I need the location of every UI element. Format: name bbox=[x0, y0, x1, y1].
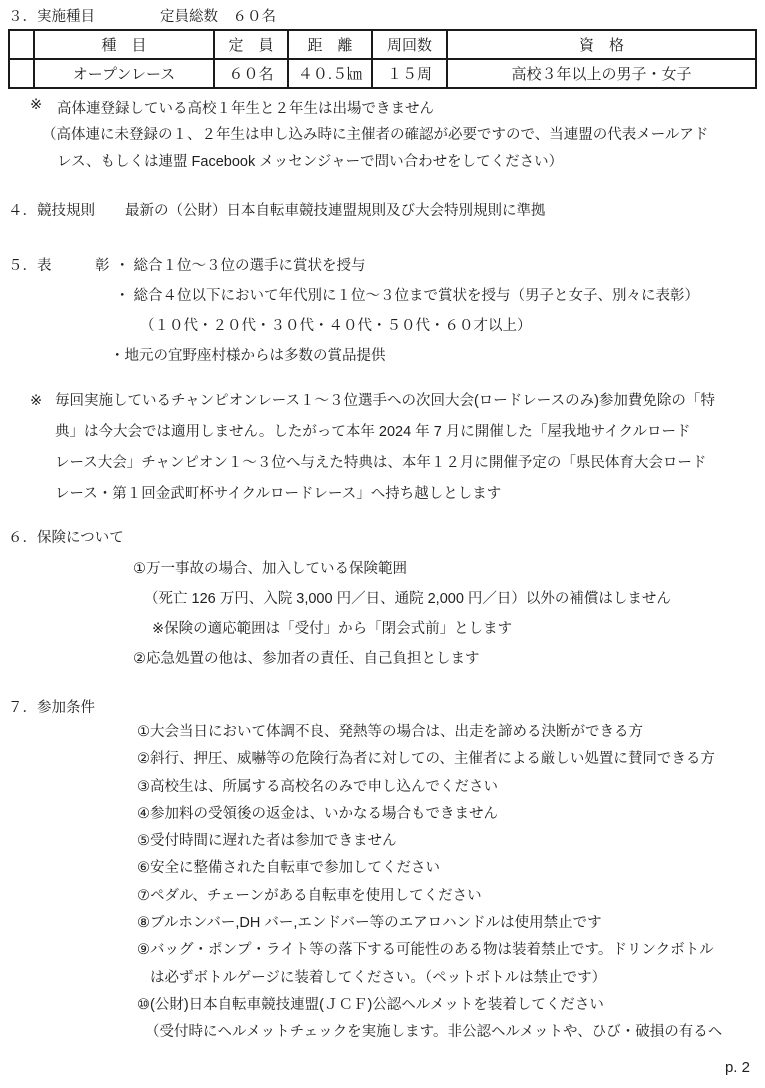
table-header-capacity: 定 員 bbox=[214, 30, 288, 59]
list-item: ・ 総合１位～３位の選手に賞状を授与 bbox=[110, 254, 757, 284]
list-item: ②応急処置の他は、参加者の責任、自己負担とします bbox=[8, 647, 757, 677]
section3-note-paren-line1: （高体連に未登録の１、２年生は申し込み時に主催者の確認が必要ですので、当連盟の代… bbox=[8, 123, 757, 143]
list-item: ⑧ブルホンバー,DH バー,エンドバー等のエアロハンドルは使用禁止です bbox=[8, 911, 757, 938]
section5-row: ５．表 彰 ・ 総合１位～３位の選手に賞状を授与 ・ 総合４位以下において年代別… bbox=[8, 254, 757, 374]
page-number: p. 2 bbox=[725, 1059, 750, 1076]
list-item: ④参加料の受領後の返金は、いかなる場合もできません bbox=[8, 802, 757, 829]
list-item: ⑦ペダル、チェーンがある自転車を使用してください bbox=[8, 884, 757, 911]
section4-heading: ４．競技規則 bbox=[8, 199, 125, 219]
section3-note-paren-line2: レス、もしくは連盟 Facebook メッセンジャーで問い合わせをしてください） bbox=[8, 150, 757, 170]
section7-items: ①大会当日において体調不良、発熱等の場合は、出走を諦める決断ができる方 ②斜行、… bbox=[8, 720, 757, 1048]
champion-note: ※ 毎回実施しているチャンピオンレース１～３位選手への次回大会(ロードレースのみ… bbox=[8, 386, 757, 510]
table-header-blank bbox=[9, 30, 34, 59]
list-item: ①大会当日において体調不良、発熱等の場合は、出走を諦める決断ができる方 bbox=[8, 720, 757, 747]
list-item: （死亡 126 万円、入院 3,000 円／日、通院 2,000 円／日）以外の… bbox=[8, 587, 757, 617]
document-page: ３．実施種目 定員総数 ６０名 種 目 定 員 距 離 周回数 資 格 オープン… bbox=[0, 0, 765, 1088]
champion-note-line3: レース大会」チャンピオン１～３位へ与えた特典は、本年１２月に開催予定の「県民体育… bbox=[8, 448, 757, 479]
champion-note-line1-row: ※ 毎回実施しているチャンピオンレース１～３位選手への次回大会(ロードレースのみ… bbox=[8, 386, 757, 417]
section4-text: 最新の（公財）日本自転車競技連盟規則及び大会特別規則に準拠 bbox=[125, 199, 546, 219]
list-item: ③高校生は、所属する高校名のみで申し込んでください bbox=[8, 775, 757, 802]
list-item: ・ 総合４位以下において年代別に１位～３位まで賞状を授与（男子と女子、別々に表彰… bbox=[110, 284, 757, 314]
table-header-eligibility: 資 格 bbox=[447, 30, 756, 59]
list-item: （１０代・２０代・３０代・４０代・５０代・６０才以上） bbox=[110, 314, 757, 344]
section5-bullets: ・ 総合１位～３位の選手に賞状を授与 ・ 総合４位以下において年代別に１位～３位… bbox=[110, 254, 757, 374]
champion-note-line4: レース・第１回金武町杯サイクルロードレース」へ持ち越しとします bbox=[8, 479, 757, 510]
section7-heading: ７．参加条件 bbox=[8, 696, 757, 716]
section3-title-row: ３．実施種目 定員総数 ６０名 bbox=[8, 5, 757, 25]
table-cell-blank bbox=[9, 59, 34, 88]
table-cell-capacity: ６０名 bbox=[214, 59, 288, 88]
asterisk-mark: ※ bbox=[30, 97, 57, 117]
list-item: ⑨バッグ・ポンプ・ライト等の落下する可能性のある物は装着禁止です。ドリンクボトル bbox=[8, 938, 757, 965]
table-cell-laps: １５周 bbox=[372, 59, 447, 88]
champion-note-line1: 毎回実施しているチャンピオンレース１～３位選手への次回大会(ロードレースのみ)参… bbox=[55, 386, 715, 417]
event-table: 種 目 定 員 距 離 周回数 資 格 オープンレース ６０名 ４０.５㎞ １５… bbox=[8, 29, 757, 89]
list-item-continuation: は必ずボトルゲージに装着してください。（ペットボトルは禁止です） bbox=[8, 966, 757, 993]
list-item: ②斜行、押圧、威嚇等の危険行為者に対しての、主催者による厳しい処置に賛同できる方 bbox=[8, 747, 757, 774]
asterisk-mark: ※ bbox=[30, 386, 55, 417]
section3-note: ※ 高体連登録している高校１年生と２年生は出場できません bbox=[8, 97, 757, 117]
table-header-laps: 周回数 bbox=[372, 30, 447, 59]
section4-row: ４．競技規則 最新の（公財）日本自転車競技連盟規則及び大会特別規則に準拠 bbox=[8, 199, 757, 219]
table-header-distance: 距 離 bbox=[288, 30, 372, 59]
list-item: ・地元の宜野座村様からは多数の賞品提供 bbox=[110, 344, 757, 374]
section6-items: ①万一事故の場合、加入している保険範囲 （死亡 126 万円、入院 3,000 … bbox=[8, 557, 757, 677]
champion-note-line2: 典」は今大会では適用しません。したがって本年 2024 年 7 月に開催した「屋… bbox=[8, 417, 757, 448]
table-cell-distance: ４０.５㎞ bbox=[288, 59, 372, 88]
list-item: ①万一事故の場合、加入している保険範囲 bbox=[8, 557, 757, 587]
list-item: ※保険の適応範囲は「受付」から「閉会式前」とします bbox=[8, 617, 757, 647]
section3-note-text: 高体連登録している高校１年生と２年生は出場できません bbox=[57, 97, 434, 117]
section5-heading: ５．表 彰 bbox=[8, 254, 110, 374]
section3-capacity-total: 定員総数 ６０名 bbox=[160, 5, 276, 26]
event-table-header-row: 種 目 定 員 距 離 周回数 資 格 bbox=[9, 30, 756, 59]
list-item: ⑩(公財)日本自転車競技連盟(ＪＣＦ)公認ヘルメットを装着してください bbox=[8, 993, 757, 1020]
list-item: ⑤受付時間に遅れた者は参加できません bbox=[8, 829, 757, 856]
table-cell-eligibility: 高校３年以上の男子・女子 bbox=[447, 59, 756, 88]
section6-heading: ６．保険について bbox=[8, 526, 757, 546]
table-cell-event: オープンレース bbox=[34, 59, 214, 88]
event-table-data-row: オープンレース ６０名 ４０.５㎞ １５周 高校３年以上の男子・女子 bbox=[9, 59, 756, 88]
table-header-event: 種 目 bbox=[34, 30, 214, 59]
section3-heading: ３．実施種目 bbox=[8, 5, 160, 26]
list-item: ⑥安全に整備された自転車で参加してください bbox=[8, 856, 757, 883]
list-item-continuation: （受付時にヘルメットチェックを実施します。非公認ヘルメットや、ひび・破損の有るヘ bbox=[8, 1020, 757, 1047]
